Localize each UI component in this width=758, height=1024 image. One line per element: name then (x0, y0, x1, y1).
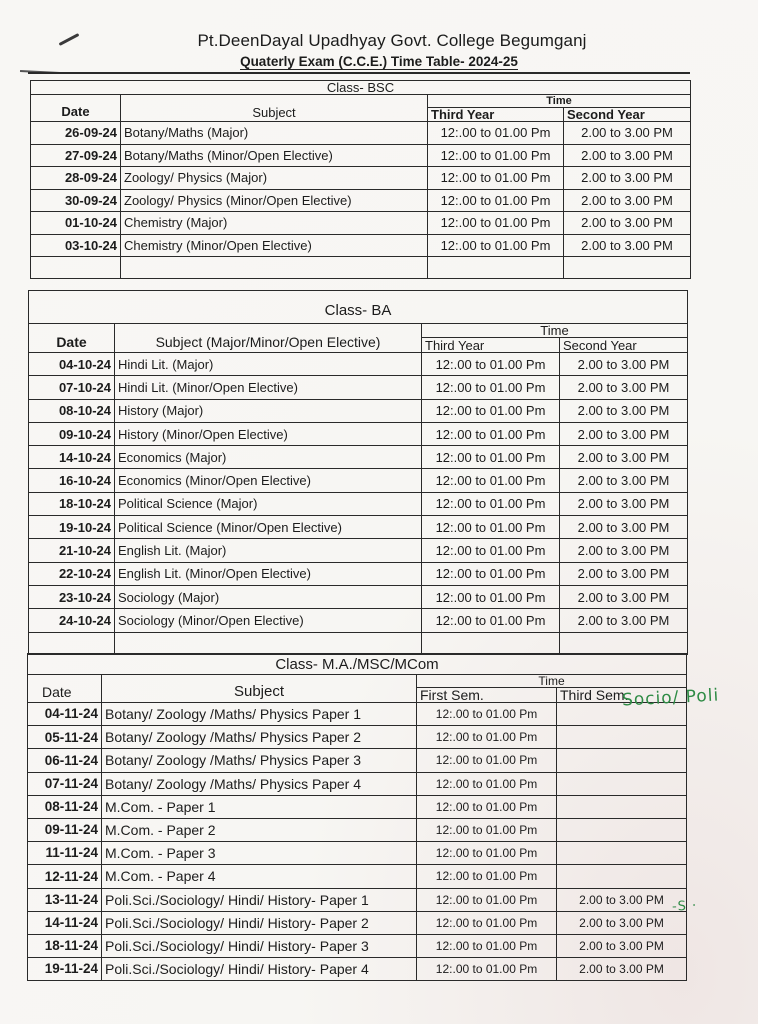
exam-subject: Hindi Lit. (Major) (115, 353, 422, 376)
date-header: Date (31, 95, 121, 122)
time-slot-a: 12:.00 to 01.00 Pm (422, 562, 560, 585)
table-row: 18-11-24Poli.Sci./Sociology/ Hindi/ Hist… (28, 934, 687, 957)
time-group-header: Time (428, 95, 691, 108)
time-slot-b: 2.00 to 3.00 PM (564, 144, 691, 167)
exam-date: 14-10-24 (29, 446, 115, 469)
time-group-header: Time (422, 324, 688, 338)
exam-title-text: Quaterly Exam (C.C.E.) Time Table- 2024-… (240, 54, 518, 70)
time-slot-a: 12:.00 to 01.00 Pm (417, 772, 557, 795)
class-heading-row: Class- M.A./MSC/MCom (28, 654, 687, 675)
exam-date: 22-10-24 (29, 562, 115, 585)
table-row: 04-10-24Hindi Lit. (Major)12:.00 to 01.0… (29, 353, 688, 376)
exam-date: 11-11-24 (28, 842, 102, 865)
time-slot-a: 12:.00 to 01.00 Pm (422, 585, 560, 608)
exam-subject: English Lit. (Major) (115, 539, 422, 562)
table-row: 14-10-24Economics (Major)12:.00 to 01.00… (29, 446, 688, 469)
time-slot-b (557, 818, 687, 841)
header-row-top: Date Subject Time (28, 675, 687, 688)
time-slot-b: 2.00 to 3.00 PM (564, 189, 691, 212)
table-row: 03-10-24Chemistry (Minor/Open Elective)1… (31, 234, 691, 257)
exam-date: 28-09-24 (31, 167, 121, 190)
ma-msc-mcom-timetable: Class- M.A./MSC/MCom Date Subject Time F… (27, 653, 687, 981)
time-slot-b: 2.00 to 3.00 PM (564, 122, 691, 145)
exam-date: 23-10-24 (29, 585, 115, 608)
exam-date: 03-10-24 (31, 234, 121, 257)
time-slot-a: 12:.00 to 01.00 Pm (428, 234, 564, 257)
time-slot-a: 12:.00 to 01.00 Pm (417, 842, 557, 865)
exam-date: 21-10-24 (29, 539, 115, 562)
time-slot-b: 2.00 to 3.00 PM (560, 376, 688, 399)
table-row: 08-11-24M.Com. - Paper 112:.00 to 01.00 … (28, 795, 687, 818)
time-slot-b: 2.00 to 3.00 PM (560, 539, 688, 562)
exam-date: 08-10-24 (29, 399, 115, 422)
exam-date: 08-11-24 (28, 795, 102, 818)
time-slot-b: 2.00 to 3.00 PM (564, 212, 691, 235)
time-slot-a: 12:.00 to 01.00 Pm (422, 516, 560, 539)
exam-date: 04-11-24 (28, 703, 102, 726)
time-slot-a: 12:.00 to 01.00 Pm (422, 609, 560, 632)
college-name: Pt.DeenDayal Upadhyay Govt. College Begu… (0, 31, 758, 51)
exam-date: 16-10-24 (29, 469, 115, 492)
exam-subject: English Lit. (Minor/Open Elective) (115, 562, 422, 585)
exam-subject: Poli.Sci./Sociology/ Hindi/ History- Pap… (102, 934, 417, 957)
time-slot-b: 2.00 to 3.00 PM (560, 492, 688, 515)
table-row: 01-10-24Chemistry (Major)12:.00 to 01.00… (31, 212, 691, 235)
time-slot-a: 12:.00 to 01.00 Pm (417, 703, 557, 726)
table-row: 16-10-24Economics (Minor/Open Elective)1… (29, 469, 688, 492)
table-row: 19-11-24Poli.Sci./Sociology/ Hindi/ Hist… (28, 958, 687, 981)
time-slot-b (557, 772, 687, 795)
table-row: 23-10-24Sociology (Major)12:.00 to 01.00… (29, 585, 688, 608)
exam-title: Quaterly Exam (C.C.E.) Time Table- 2024-… (0, 54, 758, 69)
time-slot-a: 12:.00 to 01.00 Pm (417, 749, 557, 772)
exam-date: 05-11-24 (28, 726, 102, 749)
ba-rows: 04-10-24Hindi Lit. (Major)12:.00 to 01.0… (29, 353, 688, 633)
document-page: Pt.DeenDayal Upadhyay Govt. College Begu… (0, 0, 758, 1024)
time-slot-b: 2.00 to 3.00 PM (560, 446, 688, 469)
time-slot-b: 2.00 to 3.00 PM (560, 399, 688, 422)
exam-subject: M.Com. - Paper 2 (102, 818, 417, 841)
exam-subject: Hindi Lit. (Minor/Open Elective) (115, 376, 422, 399)
blank-row (31, 257, 691, 279)
time-slot-a: 12:.00 to 01.00 Pm (417, 726, 557, 749)
date-header: Date (29, 324, 115, 353)
exam-subject: Political Science (Minor/Open Elective) (115, 516, 422, 539)
exam-subject: M.Com. - Paper 1 (102, 795, 417, 818)
exam-date: 18-11-24 (28, 934, 102, 957)
time-slot-a: 12:.00 to 01.00 Pm (422, 422, 560, 445)
table-row: 27-09-24Botany/Maths (Minor/Open Electiv… (31, 144, 691, 167)
class-heading-row: Class- BA (29, 291, 688, 324)
time-slot-b (557, 749, 687, 772)
time-slot-b: 2.00 to 3.00 PM (557, 934, 687, 957)
exam-date: 14-11-24 (28, 911, 102, 934)
exam-date: 30-09-24 (31, 189, 121, 212)
exam-date: 19-10-24 (29, 516, 115, 539)
table-row: 09-10-24History (Minor/Open Elective)12:… (29, 422, 688, 445)
table-row: 07-11-24Botany/ Zoology /Maths/ Physics … (28, 772, 687, 795)
exam-subject: Botany/ Zoology /Maths/ Physics Paper 3 (102, 749, 417, 772)
handwritten-note-socio-poli: Socio/ Poli (622, 685, 720, 710)
table-row: 14-11-24Poli.Sci./Sociology/ Hindi/ Hist… (28, 911, 687, 934)
exam-subject: M.Com. - Paper 3 (102, 842, 417, 865)
exam-date: 13-11-24 (28, 888, 102, 911)
exam-date: 27-09-24 (31, 144, 121, 167)
exam-subject: Sociology (Minor/Open Elective) (115, 609, 422, 632)
col-b-header: Second Year (564, 108, 691, 122)
exam-date: 24-10-24 (29, 609, 115, 632)
table-row: 12-11-24M.Com. - Paper 412:.00 to 01.00 … (28, 865, 687, 888)
exam-subject: Sociology (Major) (115, 585, 422, 608)
ba-timetable: Class- BA Date Subject (Major/Minor/Open… (28, 290, 688, 655)
table-row: 05-11-24Botany/ Zoology /Maths/ Physics … (28, 726, 687, 749)
exam-subject: Economics (Minor/Open Elective) (115, 469, 422, 492)
exam-date: 26-09-24 (31, 122, 121, 145)
time-slot-b: 2.00 to 3.00 PM (557, 888, 687, 911)
exam-subject: Botany/Maths (Minor/Open Elective) (121, 144, 428, 167)
exam-date: 07-10-24 (29, 376, 115, 399)
table-row: 30-09-24Zoology/ Physics (Minor/Open Ele… (31, 189, 691, 212)
time-slot-a: 12:.00 to 01.00 Pm (422, 492, 560, 515)
exam-subject: Botany/ Zoology /Maths/ Physics Paper 1 (102, 703, 417, 726)
time-slot-b (557, 795, 687, 818)
time-slot-a: 12:.00 to 01.00 Pm (422, 469, 560, 492)
table-row: 22-10-24English Lit. (Minor/Open Electiv… (29, 562, 688, 585)
time-slot-b: 2.00 to 3.00 PM (560, 516, 688, 539)
date-header: Date (28, 675, 102, 703)
time-slot-a: 12:.00 to 01.00 Pm (417, 865, 557, 888)
exam-subject: History (Major) (115, 399, 422, 422)
col-a-header: First Sem. (417, 688, 557, 703)
class-label: Class- M.A./MSC/MCom (28, 654, 687, 675)
time-slot-a: 12:.00 to 01.00 Pm (417, 911, 557, 934)
exam-date: 06-11-24 (28, 749, 102, 772)
subject-header: Subject (121, 95, 428, 122)
time-slot-a: 12:.00 to 01.00 Pm (428, 122, 564, 145)
time-slot-b: 2.00 to 3.00 PM (557, 911, 687, 934)
time-slot-a: 12:.00 to 01.00 Pm (422, 376, 560, 399)
time-slot-b: 2.00 to 3.00 PM (560, 562, 688, 585)
time-slot-a: 12:.00 to 01.00 Pm (422, 446, 560, 469)
table-row: 28-09-24Zoology/ Physics (Major)12:.00 t… (31, 167, 691, 190)
bsc-timetable: Class- BSC Date Subject Time Third Year … (30, 80, 691, 279)
exam-subject: Zoology/ Physics (Minor/Open Elective) (121, 189, 428, 212)
time-slot-b: 2.00 to 3.00 PM (560, 585, 688, 608)
time-slot-a: 12:.00 to 01.00 Pm (417, 934, 557, 957)
bsc-rows: 26-09-24Botany/Maths (Major)12:.00 to 01… (31, 122, 691, 257)
header-row-top: Date Subject Time (31, 95, 691, 108)
time-slot-b (557, 865, 687, 888)
table-row: 21-10-24English Lit. (Major)12:.00 to 01… (29, 539, 688, 562)
time-slot-b: 2.00 to 3.00 PM (560, 422, 688, 445)
exam-date: 09-11-24 (28, 818, 102, 841)
exam-subject: Zoology/ Physics (Major) (121, 167, 428, 190)
handwritten-mark: -S · (672, 898, 698, 914)
header-row-top: Date Subject (Major/Minor/Open Elective)… (29, 324, 688, 338)
col-a-header: Third Year (428, 108, 564, 122)
table-row: 08-10-24History (Major)12:.00 to 01.00 P… (29, 399, 688, 422)
table-row: 09-11-24M.Com. - Paper 212:.00 to 01.00 … (28, 818, 687, 841)
table-row: 19-10-24Political Science (Minor/Open El… (29, 516, 688, 539)
time-slot-b (557, 726, 687, 749)
exam-subject: History (Minor/Open Elective) (115, 422, 422, 445)
ma-rows: 04-11-24Botany/ Zoology /Maths/ Physics … (28, 703, 687, 981)
exam-subject: Botany/ Zoology /Maths/ Physics Paper 2 (102, 726, 417, 749)
time-slot-b: 2.00 to 3.00 PM (560, 469, 688, 492)
table-row: 18-10-24Political Science (Major)12:.00 … (29, 492, 688, 515)
exam-subject: Botany/ Zoology /Maths/ Physics Paper 4 (102, 772, 417, 795)
blank-row (29, 632, 688, 654)
exam-subject: Poli.Sci./Sociology/ Hindi/ History- Pap… (102, 911, 417, 934)
exam-subject: Political Science (Major) (115, 492, 422, 515)
table-row: 13-11-24Poli.Sci./Sociology/ Hindi/ Hist… (28, 888, 687, 911)
exam-date: 19-11-24 (28, 958, 102, 981)
time-slot-b: 2.00 to 3.00 PM (560, 609, 688, 632)
table-row: 24-10-24Sociology (Minor/Open Elective)1… (29, 609, 688, 632)
time-slot-a: 12:.00 to 01.00 Pm (428, 189, 564, 212)
time-slot-b: 2.00 to 3.00 PM (557, 958, 687, 981)
exam-date: 01-10-24 (31, 212, 121, 235)
exam-date: 12-11-24 (28, 865, 102, 888)
time-slot-a: 12:.00 to 01.00 Pm (417, 958, 557, 981)
time-slot-a: 12:.00 to 01.00 Pm (422, 353, 560, 376)
exam-subject: Poli.Sci./Sociology/ Hindi/ History- Pap… (102, 958, 417, 981)
table-row: 04-11-24Botany/ Zoology /Maths/ Physics … (28, 703, 687, 726)
table-row: 07-10-24Hindi Lit. (Minor/Open Elective)… (29, 376, 688, 399)
exam-date: 09-10-24 (29, 422, 115, 445)
time-slot-a: 12:.00 to 01.00 Pm (417, 818, 557, 841)
time-slot-b: 2.00 to 3.00 PM (564, 234, 691, 257)
class-label: Class- BSC (31, 81, 691, 95)
exam-date: 04-10-24 (29, 353, 115, 376)
time-slot-a: 12:.00 to 01.00 Pm (422, 539, 560, 562)
exam-subject: Economics (Major) (115, 446, 422, 469)
exam-subject: Chemistry (Major) (121, 212, 428, 235)
exam-subject: Poli.Sci./Sociology/ Hindi/ History- Pap… (102, 888, 417, 911)
exam-date: 18-10-24 (29, 492, 115, 515)
col-b-header: Second Year (560, 338, 688, 353)
exam-subject: Chemistry (Minor/Open Elective) (121, 234, 428, 257)
time-slot-a: 12:.00 to 01.00 Pm (428, 144, 564, 167)
col-a-header: Third Year (422, 338, 560, 353)
time-slot-a: 12:.00 to 01.00 Pm (417, 888, 557, 911)
time-slot-a: 12:.00 to 01.00 Pm (422, 399, 560, 422)
time-slot-b: 2.00 to 3.00 PM (560, 353, 688, 376)
time-slot-a: 12:.00 to 01.00 Pm (417, 795, 557, 818)
class-heading-row: Class- BSC (31, 81, 691, 95)
time-slot-a: 12:.00 to 01.00 Pm (428, 212, 564, 235)
exam-subject: Botany/Maths (Major) (121, 122, 428, 145)
exam-date: 07-11-24 (28, 772, 102, 795)
table-row: 26-09-24Botany/Maths (Major)12:.00 to 01… (31, 122, 691, 145)
header-rule (28, 72, 690, 74)
class-label: Class- BA (29, 291, 688, 324)
time-slot-b (557, 842, 687, 865)
table-row: 06-11-24Botany/ Zoology /Maths/ Physics … (28, 749, 687, 772)
table-row: 11-11-24M.Com. - Paper 312:.00 to 01.00 … (28, 842, 687, 865)
time-slot-a: 12:.00 to 01.00 Pm (428, 167, 564, 190)
subject-header: Subject (Major/Minor/Open Elective) (115, 324, 422, 353)
time-group-header: Time (417, 675, 687, 688)
exam-subject: M.Com. - Paper 4 (102, 865, 417, 888)
subject-header: Subject (102, 675, 417, 703)
time-slot-b: 2.00 to 3.00 PM (564, 167, 691, 190)
